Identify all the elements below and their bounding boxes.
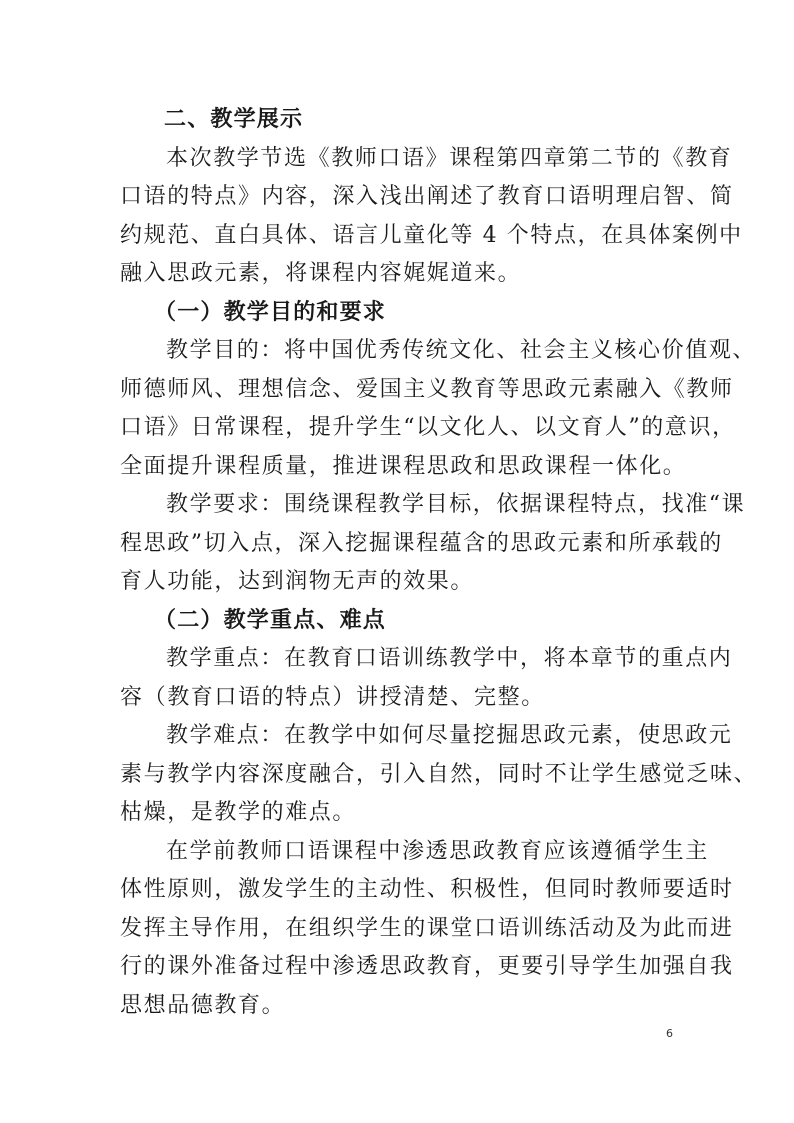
paragraph-line: 体性原则，激发学生的主动性、积极性，但同时教师要适时 (120, 871, 676, 910)
paragraph-line: 教学目的：将中国优秀传统文化、社会主义核心价值观、 (120, 332, 676, 371)
paragraph-line: 思想品德教育。 (120, 987, 676, 1026)
difficulty-paragraph: 教学难点：在教学中如何尽量挖掘思政元素，使思政元 素与教学内容深度融合，引入自然… (120, 717, 676, 833)
paragraph-line: 容（教育口语的特点）讲授清楚、完整。 (120, 679, 676, 718)
page-number: 6 (666, 1027, 673, 1040)
paragraph-line: 本次教学节选《教师口语》课程第四章第二节的《教育 (120, 140, 676, 179)
section-heading: 二、教学展示 (120, 101, 676, 140)
paragraph-line: 程思政”切入点，深入挖掘课程蕴含的思政元素和所承载的 (120, 525, 676, 564)
paragraph-line: 口语的特点》内容，深入浅出阐述了教育口语明理启智、简 (120, 178, 676, 217)
key-point-paragraph: 教学重点：在教育口语训练教学中，将本章节的重点内 容（教育口语的特点）讲授清楚、… (120, 640, 676, 717)
paragraph-line: 素与教学内容深度融合，引入自然，同时不让学生感觉乏味、 (120, 756, 676, 795)
paragraph-line: 全面提升课程质量，推进课程思政和思政课程一体化。 (120, 448, 676, 487)
paragraph-line: 行的课外准备过程中渗透思政教育，更要引导学生加强自我 (120, 948, 676, 987)
page-content: 二、教学展示 本次教学节选《教师口语》课程第四章第二节的《教育 口语的特点》内容… (120, 101, 676, 1025)
intro-paragraph: 本次教学节选《教师口语》课程第四章第二节的《教育 口语的特点》内容，深入浅出阐述… (120, 140, 676, 294)
subsection-heading-1: （一）教学目的和要求 (120, 294, 676, 333)
paragraph-line: 约规范、直白具体、语言儿童化等 4 个特点，在具体案例中 (120, 217, 676, 256)
purpose-paragraph: 教学目的：将中国优秀传统文化、社会主义核心价值观、 师德师风、理想信念、爱国主义… (120, 332, 676, 486)
paragraph-line: 师德师风、理想信念、爱国主义教育等思政元素融入《教师 (120, 371, 676, 410)
paragraph-line: 育人功能，达到润物无声的效果。 (120, 563, 676, 602)
paragraph-line: 教学难点：在教学中如何尽量挖掘思政元素，使思政元 (120, 717, 676, 756)
paragraph-line: 枯燥，是教学的难点。 (120, 794, 676, 833)
subsection-heading-2: （二）教学重点、难点 (120, 602, 676, 641)
paragraph-line: 在学前教师口语课程中渗透思政教育应该遵循学生主 (120, 833, 676, 872)
paragraph-line: 教学重点：在教育口语训练教学中，将本章节的重点内 (120, 640, 676, 679)
requirement-paragraph: 教学要求：围绕课程教学目标，依据课程特点，找准“课 程思政”切入点，深入挖掘课程… (120, 486, 676, 602)
paragraph-line: 口语》日常课程，提升学生“以文化人、以文育人”的意识， (120, 409, 676, 448)
principle-paragraph: 在学前教师口语课程中渗透思政教育应该遵循学生主 体性原则，激发学生的主动性、积极… (120, 833, 676, 1026)
paragraph-line: 融入思政元素，将课程内容娓娓道来。 (120, 255, 676, 294)
paragraph-line: 发挥主导作用，在组织学生的课堂口语训练活动及为此而进 (120, 910, 676, 949)
document-page: 二、教学展示 本次教学节选《教师口语》课程第四章第二节的《教育 口语的特点》内容… (0, 0, 794, 1123)
paragraph-line: 教学要求：围绕课程教学目标，依据课程特点，找准“课 (120, 486, 676, 525)
